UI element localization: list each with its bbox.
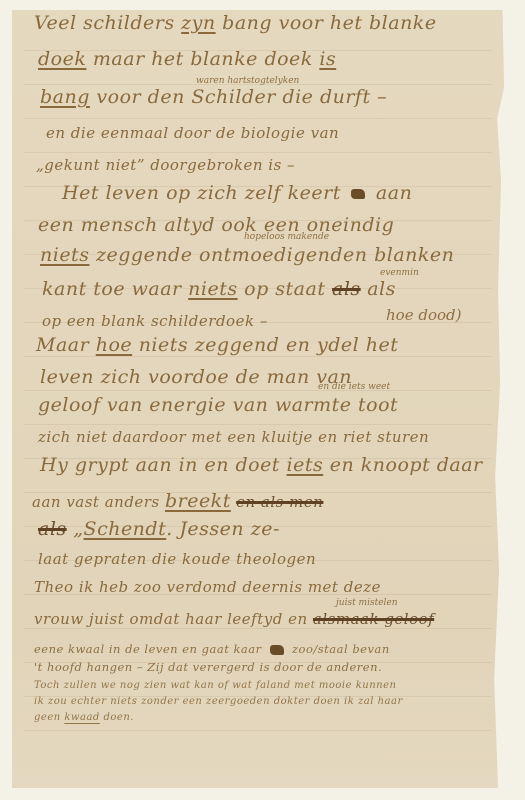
manuscript-line-5: „gekunt niet” doorgebroken is –	[36, 156, 295, 174]
paper-ruling	[24, 390, 492, 391]
text-segment: Veel schilders	[34, 12, 181, 34]
manuscript-line-11: Maar hoe niets zeggend en ydel het	[36, 334, 398, 356]
manuscript-line-20: vrouw juist omdat haar leeftyd en alsmaa…	[34, 610, 434, 628]
manuscript-line-4: en die eenmaal door de biologie van	[46, 124, 339, 142]
text-segment: . Jessen ze-	[166, 518, 280, 540]
manuscript-line-12: leven zich voordoe de man van	[40, 366, 352, 388]
text-segment: „	[67, 518, 84, 540]
text-segment: en knoopt daar	[323, 454, 482, 476]
manuscript-line-8: niets zeggende ontmoedigenden blanken	[40, 244, 454, 266]
manuscript-line-24: ik zou echter niets zonder een zeergoede…	[34, 696, 403, 707]
underlined-word: niets	[40, 244, 89, 266]
manuscript-line-3: bang voor den Schilder die durft –	[40, 86, 387, 108]
manuscript-line-17: als „Schendt. Jessen ze-	[38, 518, 280, 540]
underlined-word: bang	[40, 86, 90, 108]
paper-ruling	[24, 730, 492, 731]
text-segment: doen.	[100, 712, 134, 723]
struck-word: als	[332, 278, 361, 300]
interlinear-insertion: hopeloos makende	[244, 232, 329, 242]
underlined-word: kwaad	[64, 712, 99, 723]
text-segment: Hy grypt aan in en doet	[40, 454, 287, 476]
manuscript-line-10: op een blank schilderdoek –	[42, 312, 268, 330]
interlinear-insertion: evenmin	[380, 268, 419, 278]
manuscript-line-23: Toch zullen we nog zien wat kan of wat f…	[34, 680, 396, 691]
text-segment: als	[361, 278, 396, 300]
interlinear-insertion: juist mistelen	[336, 598, 398, 608]
text-segment: eene kwaal in de leven en gaat kaar	[34, 642, 266, 656]
manuscript-line-18: laat gepraten die koude theologen	[38, 550, 316, 568]
paper-ruling	[24, 118, 492, 119]
manuscript-line-13: geloof van energie van warmte toot	[38, 394, 398, 416]
paper-ruling	[24, 152, 492, 153]
manuscript-line-22: 't hoofd hangen – Zij dat verergerd is d…	[34, 660, 382, 674]
paper-ruling	[24, 424, 492, 425]
text-segment: kant toe waar	[42, 278, 188, 300]
manuscript-line-6: Het leven op zich zelf keert aan	[62, 182, 412, 204]
text-segment: zoo/staal bevan	[288, 642, 390, 656]
manuscript-line-15: Hy grypt aan in en doet iets en knoopt d…	[40, 454, 483, 476]
interlinear-insertion: en die iets weet	[318, 382, 390, 392]
struck-word: als	[38, 518, 67, 540]
text-segment: geen	[34, 712, 64, 723]
text-segment: bang voor het blanke	[216, 12, 437, 34]
manuscript-line-16: aan vast anders breekt en als men	[32, 490, 323, 512]
manuscript-line-25: geen kwaad doen.	[34, 712, 134, 723]
underlined-word: hoe	[96, 334, 132, 356]
manuscript-line-19: Theo ik heb zoo verdomd deernis met deze	[34, 578, 381, 596]
struck-phrase: en als men	[236, 493, 323, 511]
text-segment: Maar	[36, 334, 96, 356]
text-segment: Het leven op zich zelf keert	[62, 182, 347, 204]
manuscript-line-9: kant toe waar niets op staat als als	[42, 278, 396, 300]
manuscript-line-1: Veel schilders zyn bang voor het blanke	[34, 12, 437, 34]
paper-ruling	[24, 628, 492, 629]
paper-ruling	[24, 356, 492, 357]
text-segment: vrouw juist omdat haar leeftyd en	[34, 610, 313, 628]
ink-blot	[351, 189, 365, 199]
struck-phrase: alsmaak geloof	[313, 610, 434, 628]
manuscript-line-2: doek maar het blanke doek is	[38, 48, 336, 70]
text-segment: blanken	[368, 244, 455, 266]
interlinear-insertion: waren hartstogtelyken	[196, 76, 299, 86]
underlined-word: Schendt	[84, 518, 167, 540]
manuscript-line-14: zich niet daardoor met een kluitje en ri…	[38, 428, 429, 446]
text-segment: aan vast anders	[32, 493, 165, 511]
underlined-word: is	[319, 48, 336, 70]
text-segment: zeggende ontmoedigenden	[89, 244, 367, 266]
interlinear-insertion: hoe dood)	[386, 306, 461, 324]
text-segment: aan	[369, 182, 412, 204]
ink-blot	[270, 645, 284, 655]
manuscript-line-7: een mensch altyd ook een oneindig	[38, 214, 394, 236]
manuscript-line-21: eene kwaal in de leven en gaat kaar zoo/…	[34, 642, 390, 656]
underlined-word: zyn	[181, 12, 215, 34]
document-viewer: Veel schilders zyn bang voor het blanke …	[0, 0, 525, 800]
underlined-word: breekt	[165, 490, 231, 512]
underlined-word: niets	[188, 278, 237, 300]
text-segment: maar het blanke doek	[86, 48, 319, 70]
underlined-word: iets	[287, 454, 324, 476]
underlined-word: doek	[38, 48, 86, 70]
text-segment: voor den Schilder die durft –	[90, 86, 387, 108]
text-segment: niets zeggend en ydel het	[132, 334, 398, 356]
text-segment: op staat	[238, 278, 332, 300]
